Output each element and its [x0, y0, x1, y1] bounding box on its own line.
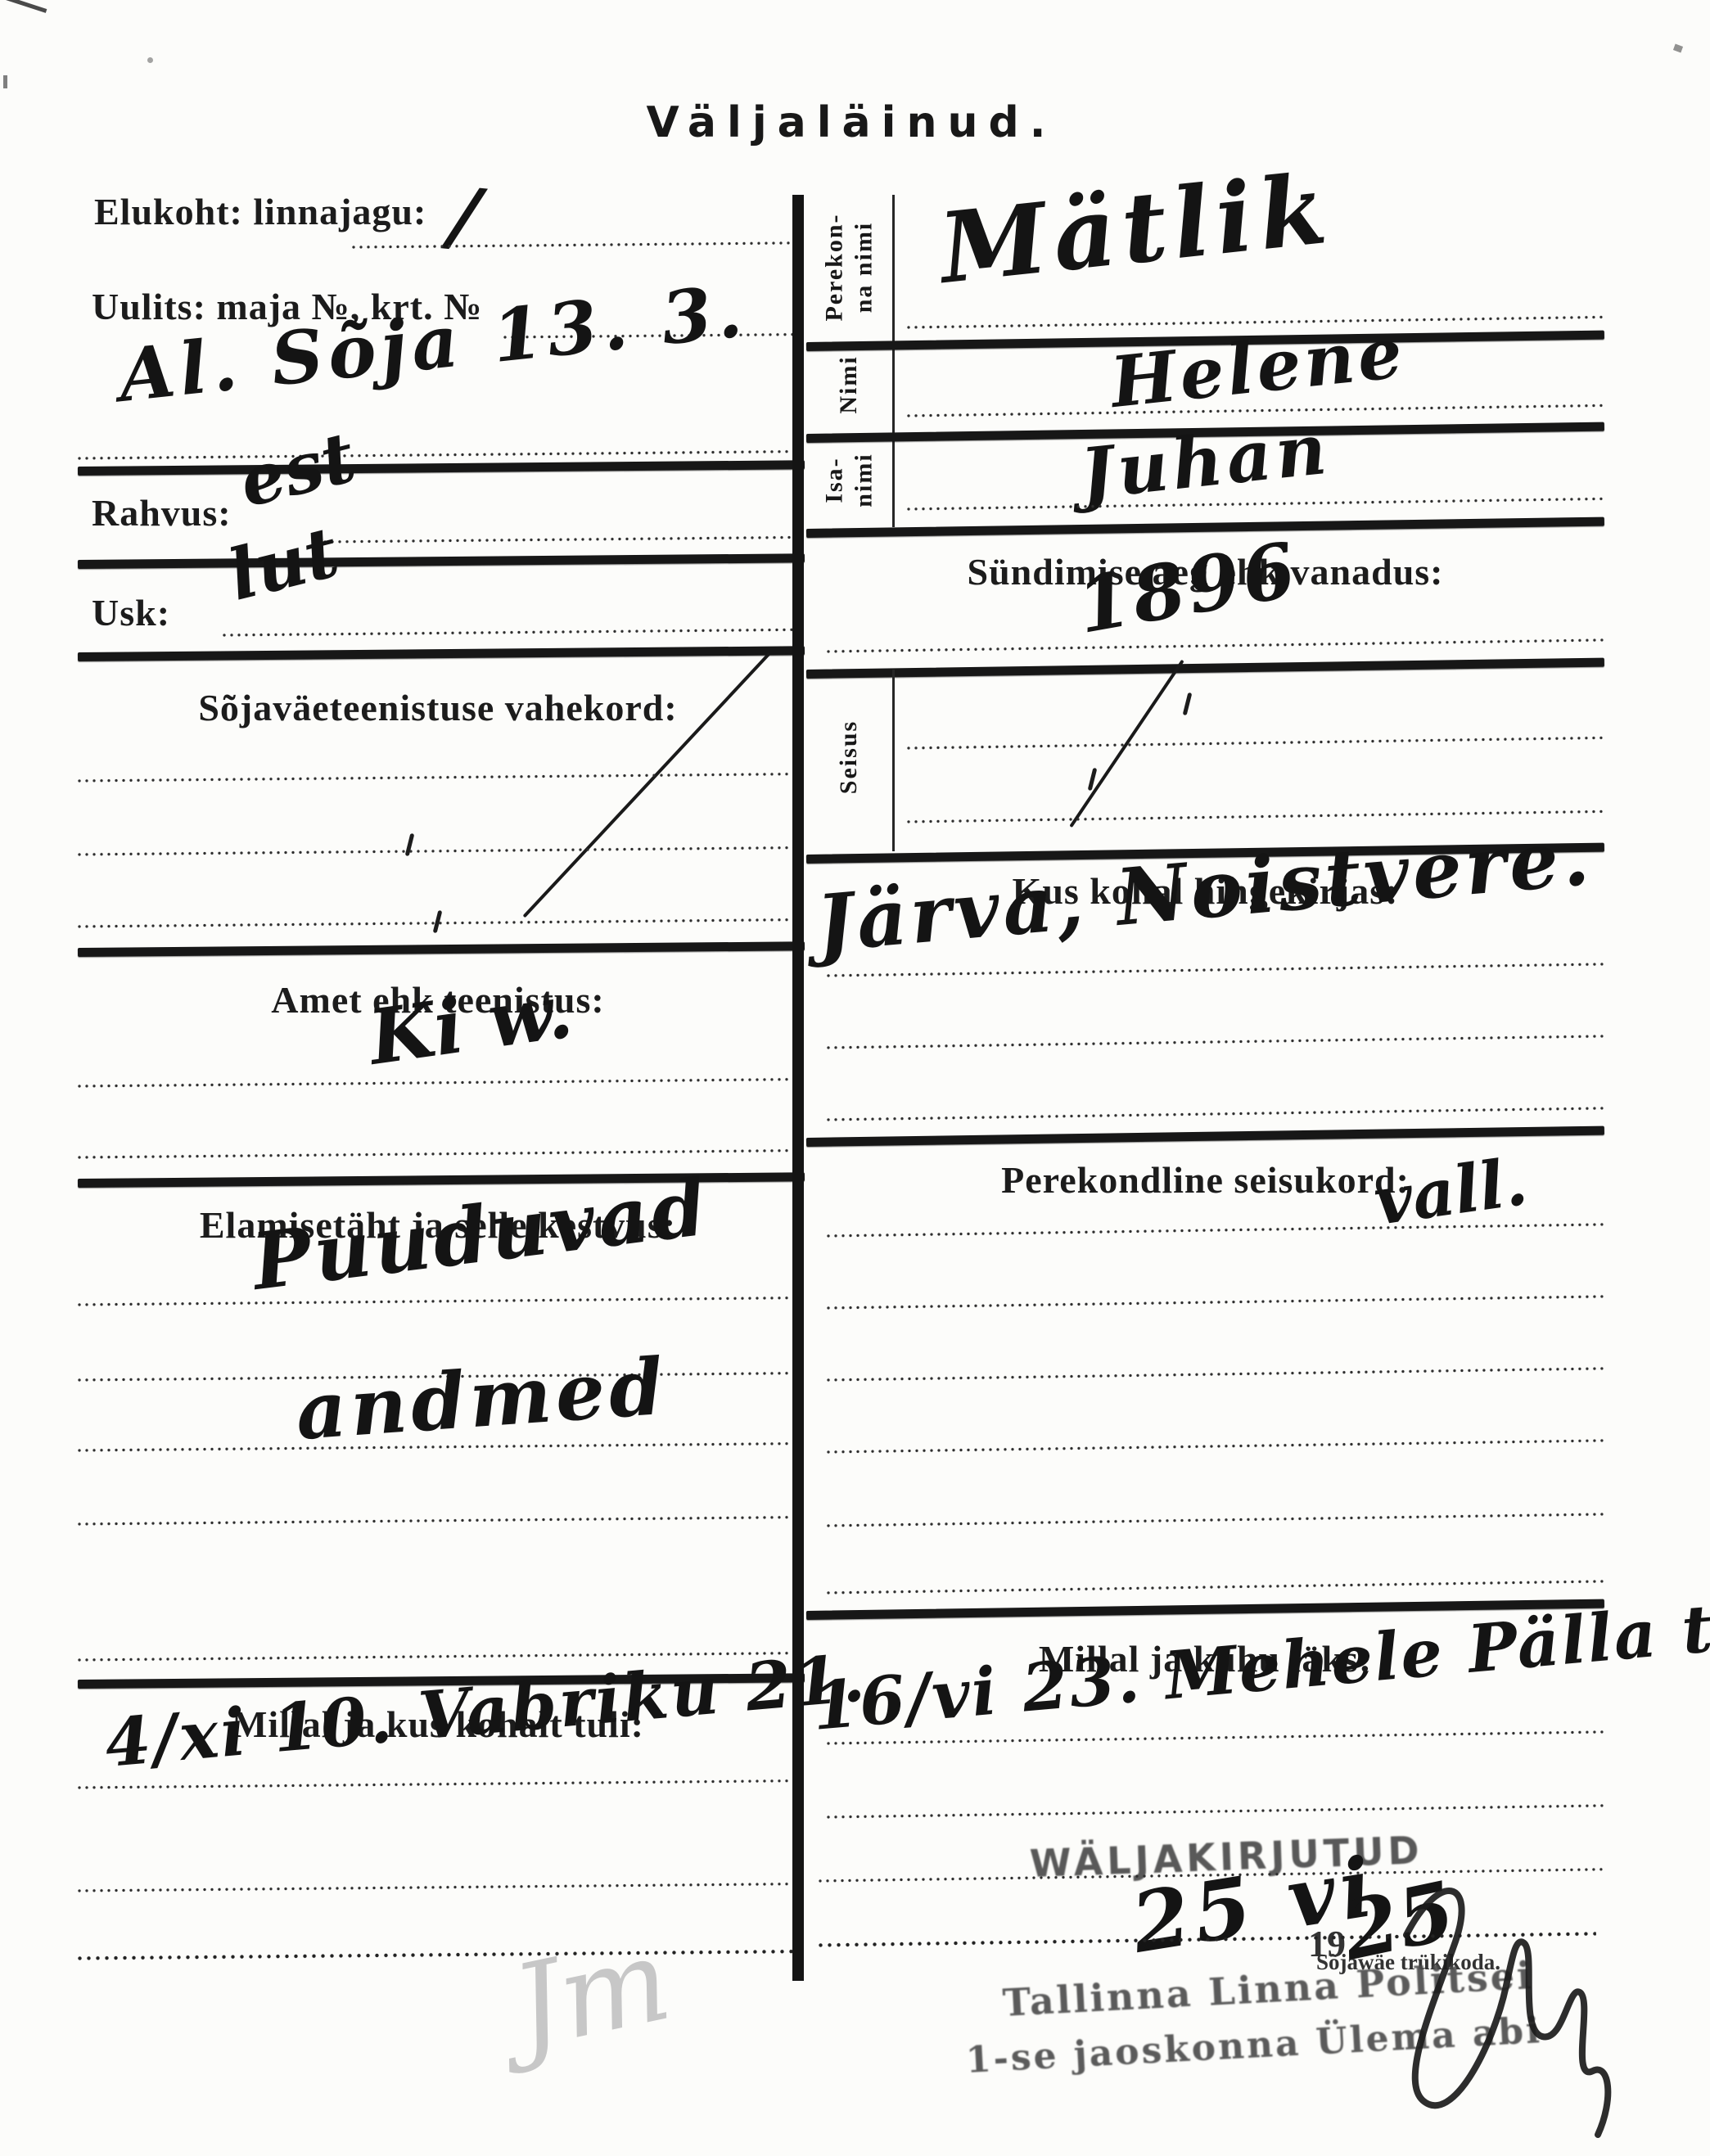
hingekirjas-dotted-line-2 — [827, 1035, 1604, 1049]
separator-line-3 — [78, 646, 805, 661]
elamistaht-handwritten-line1: Puuduvad — [248, 1168, 713, 1301]
hingekirjas-dotted-line-3 — [827, 1107, 1604, 1121]
isanimi-label-line2: nimi — [849, 453, 878, 507]
elamistaht-dotted-line-1 — [78, 1297, 801, 1306]
elamistaht-dotted-line-4 — [78, 1516, 801, 1526]
pencil-initials-signature: Jm — [504, 1923, 679, 2067]
sundimise-dotted-line — [827, 638, 1604, 653]
amet-dotted-line-2 — [78, 1149, 801, 1159]
document-page: Väljaläinud. Elukoht: linnajagu: / Uulit… — [0, 0, 1710, 2156]
tuli-dotted-line-3 — [78, 1950, 801, 1960]
scan-artifact — [147, 57, 153, 63]
rahvus-label: Rahvus: — [92, 491, 232, 534]
amet-dotted-line-1 — [78, 1078, 801, 1088]
hingekirjas-dotted-line-1 — [827, 963, 1604, 977]
sojavae-dotted-line-2 — [78, 846, 801, 856]
perekondline-handwritten-value: vall. — [1370, 1148, 1531, 1234]
usk-handwritten-value: lut — [222, 517, 345, 611]
perekonnanimi-label-line2: na nimi — [849, 222, 878, 313]
perekonnanimi-label-line1: Perekon- — [819, 213, 849, 321]
perekondline-dotted-line-5 — [827, 1513, 1604, 1527]
laks-dotted-line-2 — [827, 1804, 1604, 1819]
sojavae-dotted-line-1 — [78, 773, 801, 783]
perekondline-dotted-line-1 — [827, 1223, 1604, 1238]
seisus-label-divider — [892, 670, 895, 851]
right-separator-3 — [806, 517, 1604, 538]
perekondline-dotted-line-4 — [827, 1439, 1604, 1454]
right-separator-4 — [806, 658, 1604, 679]
seisus-label-text: Seisus — [834, 720, 864, 794]
isanimi-dotted-line — [907, 497, 1604, 511]
right-separator-6 — [806, 1126, 1604, 1147]
perekondline-dotted-line-6 — [827, 1580, 1604, 1594]
center-divider-bar — [792, 195, 804, 1981]
seisus-dotted-line-1 — [907, 736, 1604, 750]
scan-artifact — [3, 75, 7, 88]
isanimi-vertical-label: Isa- nimi — [806, 434, 892, 527]
tuli-dotted-line-1 — [78, 1779, 801, 1789]
scan-artifact — [1673, 44, 1683, 53]
separator-line-1 — [78, 460, 805, 476]
usk-dotted-line — [223, 628, 801, 637]
usk-label: Usk: — [92, 591, 170, 634]
elukoht-dotted-line — [352, 241, 801, 249]
rahvus-dotted-line — [323, 535, 801, 544]
scan-artifact — [1, 0, 47, 13]
perekonnanimi-handwritten-value: Mätlik — [936, 160, 1338, 297]
official-signature — [1310, 1856, 1654, 2156]
elukoht-label: Elukoht: linnajagu: — [94, 190, 426, 233]
tuli-dotted-line-2 — [78, 1883, 801, 1892]
sojavae-label: Sõjaväeteenistuse vahekord: — [78, 686, 798, 729]
separator-line-4 — [78, 941, 805, 957]
separator-line-2 — [78, 553, 805, 569]
elamistaht-handwritten-line2: andmed — [293, 1348, 670, 1451]
perekondline-dotted-line-3 — [827, 1367, 1604, 1382]
seisus-vertical-label: Seisus — [832, 665, 865, 850]
isanimi-label-line1: Isa- — [819, 457, 849, 503]
rahvus-handwritten-value: est — [232, 422, 362, 518]
tuli-handwritten-value: 4/xi 10. Vabriku 21. — [102, 1644, 869, 1776]
name-rows-label-divider — [892, 195, 895, 527]
sundimise-handwritten-value: 1896 — [1072, 531, 1304, 644]
street-dotted-line — [78, 450, 801, 460]
nimi-label-text: Nimi — [834, 355, 864, 413]
hingekirjas-handwritten-value: Järva, Noistvere. — [814, 819, 1595, 963]
nimi-handwritten-value: Helene — [1108, 318, 1409, 418]
page-title: Väljaläinud. — [565, 98, 1138, 147]
ink-tick-mark — [1183, 692, 1193, 715]
nimi-vertical-label: Nimi — [832, 337, 865, 432]
perekonnanimi-vertical-label: Perekon- na nimi — [806, 197, 892, 338]
perekondline-dotted-line-2 — [827, 1295, 1604, 1310]
